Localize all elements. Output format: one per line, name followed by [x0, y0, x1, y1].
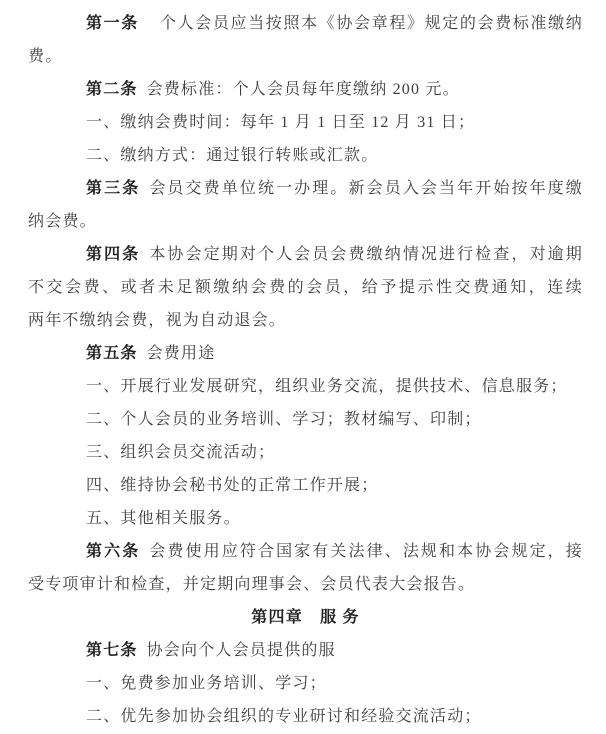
paragraph-line: 二、优先参加协会组织的专业研讨和经验交流活动；	[28, 700, 583, 733]
article-label: 第四条	[86, 246, 140, 263]
article-label: 第七条	[86, 642, 138, 659]
line-text: 三、组织会员交流活动；	[86, 444, 275, 461]
line-text: 受专项审计和检查，并定期向理事会、会员代表大会报告。	[28, 576, 475, 593]
article-label: 第五条	[86, 345, 138, 362]
line-text: 个人会员应当按照本《协会章程》规定的会费标准缴纳会	[86, 15, 583, 40]
paragraph-line: 受专项审计和检查，并定期向理事会、会员代表大会报告。	[28, 568, 583, 601]
paragraph-line: 一、缴纳会费时间：每年 1 月 1 日至 12 月 31 日；	[28, 106, 583, 139]
paragraph-line: 三、组织会员交流活动；	[28, 436, 583, 469]
article-label: 第二条	[86, 81, 138, 98]
line-text: 会员交费单位统一办理。新会员入会当年开始按年度缴	[149, 180, 583, 197]
paragraph-line: 纳会费。	[28, 205, 583, 238]
article-label: 第三条	[86, 180, 140, 197]
paragraph-line: 第五条会费用途	[28, 337, 583, 370]
line-text: 五、其他相关服务。	[86, 510, 241, 527]
paragraph-line: 一、开展行业发展研究，组织业务交流，提供技术、信息服务；	[28, 370, 583, 403]
paragraph-line: 第三条会员交费单位统一办理。新会员入会当年开始按年度缴	[28, 172, 583, 205]
line-text: 二、缴纳方式：通过银行转账或汇款。	[86, 147, 378, 164]
line-text: 四、维持协会秘书处的正常工作开展；	[86, 477, 378, 494]
paragraph-line: 第一条个人会员应当按照本《协会章程》规定的会费标准缴纳会	[28, 7, 583, 40]
line-text: 纳会费。	[28, 213, 97, 230]
line-text: 协会向个人会员提供的服	[147, 642, 336, 659]
line-text: 不交会费、或者未足额缴纳会费的会员，给予提示性交费通知，连续	[28, 279, 583, 296]
paragraph-line: 五、其他相关服务。	[28, 502, 583, 535]
article-label: 第一条	[86, 15, 139, 32]
paragraph-line: 一、免费参加业务培训、学习；	[28, 667, 583, 700]
line-text: 一、缴纳会费时间：每年 1 月 1 日至 12 月 31 日；	[86, 114, 475, 131]
line-text: 第四章 服 务	[251, 609, 359, 626]
paragraph-line: 两年不缴纳会费，视为自动退会。	[28, 304, 583, 337]
line-text: 两年不缴纳会费，视为自动退会。	[28, 312, 286, 329]
line-text: 二、个人会员的业务培训、学习；教材编写、印制；	[86, 411, 482, 428]
line-text: 一、开展行业发展研究，组织业务交流，提供技术、信息服务；	[86, 378, 568, 395]
line-text: 一、免费参加业务培训、学习；	[86, 675, 327, 692]
paragraph-line: 不交会费、或者未足额缴纳会费的会员，给予提示性交费通知，连续	[28, 271, 583, 304]
line-text: 费。	[28, 48, 62, 65]
paragraph-line: 费。	[28, 40, 583, 73]
paragraph-line: 二、个人会员的业务培训、学习；教材编写、印制；	[28, 403, 583, 436]
line-text: 会费用途	[147, 345, 216, 362]
document-page: 第一条个人会员应当按照本《协会章程》规定的会费标准缴纳会费。第二条会费标准：个人…	[0, 0, 606, 734]
article-label: 第六条	[86, 543, 140, 560]
line-text: 会费标准：个人会员每年度缴纳 200 元。	[147, 81, 460, 98]
paragraph-line: 第四条本协会定期对个人会员会费缴纳情况进行检查，对逾期	[28, 238, 583, 271]
document-body: 第一条个人会员应当按照本《协会章程》规定的会费标准缴纳会费。第二条会费标准：个人…	[28, 7, 583, 733]
paragraph-line: 二、缴纳方式：通过银行转账或汇款。	[28, 139, 583, 172]
paragraph-line: 第二条会费标准：个人会员每年度缴纳 200 元。	[28, 73, 583, 106]
paragraph-line: 第六条会费使用应符合国家有关法律、法规和本协会规定，接	[28, 535, 583, 568]
line-text: 本协会定期对个人会员会费缴纳情况进行检查，对逾期	[149, 246, 583, 263]
line-text: 二、优先参加协会组织的专业研讨和经验交流活动；	[86, 708, 482, 725]
line-text: 会费使用应符合国家有关法律、法规和本协会规定，接	[149, 543, 583, 560]
chapter-heading: 第四章 服 务	[28, 601, 583, 634]
paragraph-line: 四、维持协会秘书处的正常工作开展；	[28, 469, 583, 502]
paragraph-line: 第七条协会向个人会员提供的服	[28, 634, 583, 667]
